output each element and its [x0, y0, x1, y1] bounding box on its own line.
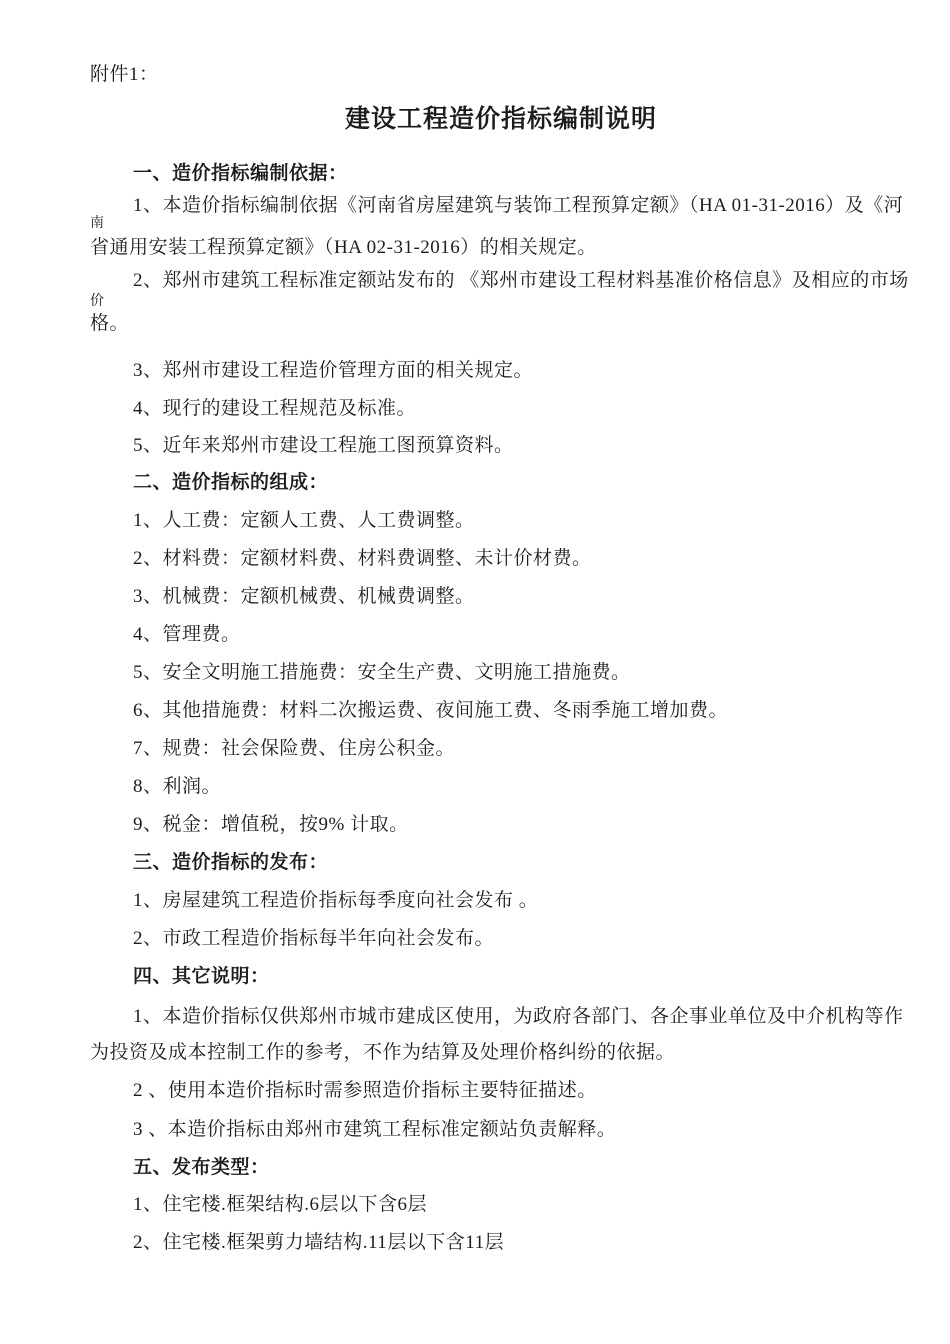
section-1-paragraph-1-wrapped-char: 南 — [90, 216, 105, 232]
section-3-item-1: 1、房屋建筑工程造价指标每季度向社会发布 。 — [133, 890, 538, 912]
section-1-paragraph-5: 5、近年来郑州市建设工程施工图预算资料。 — [133, 435, 514, 457]
document-title: 建设工程造价指标编制说明 — [26, 105, 950, 135]
section-4-paragraph-1-line-1: 1、本造价指标仅供郑州市城市建成区使用，为政府各部门、各企事业单位及中介机构等作 — [133, 1006, 904, 1028]
section-1-paragraph-4: 4、现行的建设工程规范及标准。 — [133, 398, 416, 420]
section-2-item-6: 6、其他措施费：材料二次搬运费、夜间施工费、冬雨季施工增加费。 — [133, 700, 728, 722]
section-2-item-5: 5、安全文明施工措施费：安全生产费、文明施工措施费。 — [133, 662, 631, 684]
section-1-paragraph-2-line-3: 格。 — [90, 313, 129, 335]
section-3-heading: 三、造价指标的发布： — [133, 852, 328, 874]
section-4-paragraph-1-line-2: 为投资及成本控制工作的参考，不作为结算及处理价格纠纷的依据。 — [90, 1042, 675, 1064]
section-1-paragraph-2-wrapped-char: 价 — [90, 294, 105, 310]
section-4-heading: 四、其它说明： — [133, 966, 270, 988]
section-2-item-3: 3、机械费：定额机械费、机械费调整。 — [133, 586, 475, 608]
section-1-paragraph-1-line-3: 省通用安装工程预算定额》（HA 02-31-2016）的相关规定。 — [90, 237, 597, 259]
section-2-item-1: 1、人工费：定额人工费、人工费调整。 — [133, 510, 475, 532]
section-2-heading: 二、造价指标的组成： — [133, 472, 328, 494]
section-1-paragraph-1-line-1: 1、本造价指标编制依据《河南省房屋建筑与装饰工程预算定额》（HA 01-31-2… — [133, 195, 903, 217]
section-3-item-2: 2、市政工程造价指标每半年向社会发布。 — [133, 928, 494, 950]
section-1-heading: 一、造价指标编制依据： — [133, 163, 348, 185]
section-2-item-4: 4、管理费。 — [133, 624, 241, 646]
section-2-item-8: 8、利润。 — [133, 776, 221, 798]
section-4-paragraph-3: 3 、本造价指标由郑州市建筑工程标准定额站负责解释。 — [133, 1119, 616, 1141]
section-5-item-2: 2、住宅楼.框架剪力墙结构.11层以下含11层 — [133, 1232, 504, 1254]
section-2-item-7: 7、规费：社会保险费、住房公积金。 — [133, 738, 455, 760]
section-1-paragraph-3: 3、郑州市建设工程造价管理方面的相关规定。 — [133, 360, 533, 382]
section-5-item-1: 1、住宅楼.框架结构.6层以下含6层 — [133, 1194, 427, 1216]
section-5-heading: 五、发布类型： — [133, 1157, 270, 1179]
section-2-item-9: 9、税金：增值税，按9% 计取。 — [133, 814, 409, 836]
section-1-paragraph-2-line-1: 2、郑州市建筑工程标准定额站发布的 《郑州市建设工程材料基准价格信息》及相应的市… — [133, 270, 909, 292]
document-page: 附件1： 建设工程造价指标编制说明 一、造价指标编制依据： 1、本造价指标编制依… — [0, 0, 950, 1344]
section-2-item-2: 2、材料费：定额材料费、材料费调整、未计价材费。 — [133, 548, 592, 570]
section-4-paragraph-2: 2 、使用本造价指标时需参照造价指标主要特征描述。 — [133, 1080, 597, 1102]
attachment-label: 附件1： — [90, 64, 159, 86]
